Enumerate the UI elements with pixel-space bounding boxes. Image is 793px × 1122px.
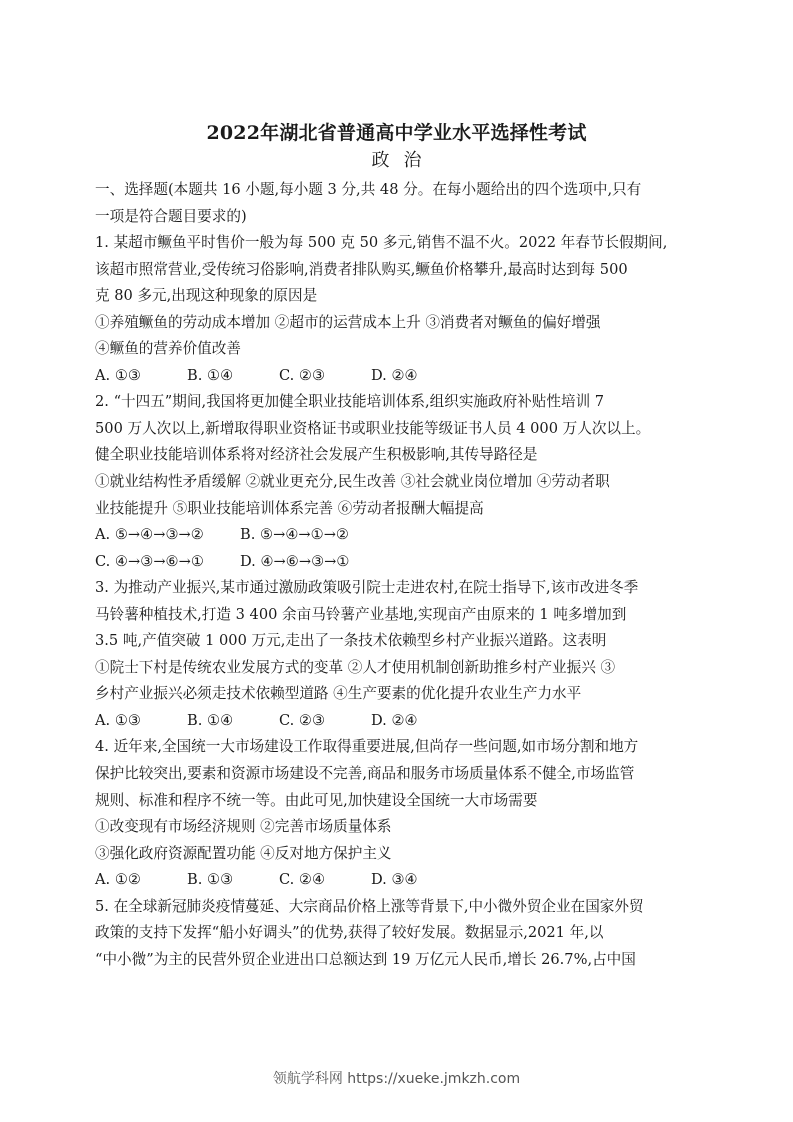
question-stem-line: 规则、标准和程序不统一等。由此可见,加快建设全国统一大市场需要 — [95, 788, 703, 815]
statement-line: ①院士下村是传统农业发展方式的变革 ②人才使用机制创新助推乡村产业振兴 ③ — [95, 655, 703, 682]
question-stem-line: 政策的支持下发挥“船小好调头”的优势,获得了较好发展。数据显示,2021 年,以 — [95, 920, 703, 947]
question-stem-line: 该超市照常营业,受传统习俗影响,消费者排队购买,鳜鱼价格攀升,最高时达到每 50… — [95, 257, 703, 284]
question-stem-line: 健全职业技能培训体系将对经济社会发展产生积极影响,其传导路径是 — [95, 442, 703, 469]
statement-line: ④鳜鱼的营养价值改善 — [95, 336, 703, 363]
section-heading-line: 一项是符合题目要求的) — [95, 204, 703, 231]
option-b: B. ①④ — [187, 708, 279, 735]
answer-options-row: A. ⑤→④→③→②B. ⑤→④→①→② — [95, 522, 703, 549]
question-stem-line: 4. 近年来,全国统一大市场建设工作取得重要进展,但尚存一些问题,如市场分割和地… — [95, 734, 703, 761]
question-stem-line: 克 80 多元,出现这种现象的原因是 — [95, 283, 703, 310]
answer-options: A. ①②B. ①③C. ②④D. ③④ — [95, 867, 703, 894]
option-a: A. ①② — [95, 867, 187, 894]
option-d: D. ③④ — [371, 867, 463, 894]
question-stem-line: 2. “十四五”期间,我国将更加健全职业技能培训体系,组织实施政府补贴性培训 7 — [95, 389, 703, 416]
question-5: 5. 在全球新冠肺炎疫情蔓延、大宗商品价格上涨等背景下,中小微外贸企业在国家外贸… — [95, 894, 703, 974]
option-c: C. ②③ — [279, 708, 371, 735]
statement-line: 业技能提升 ⑤职业技能培训体系完善 ⑥劳动者报酬大幅提高 — [95, 496, 703, 523]
statement-line: ③强化政府资源配置功能 ④反对地方保护主义 — [95, 841, 703, 868]
exam-content: 一、选择题(本题共 16 小题,每小题 3 分,共 48 分。在每小题给出的四个… — [95, 177, 703, 973]
question-stem-line: “中小微”为主的民营外贸企业进出口总额达到 19 万亿元人民币,增长 26.7%… — [95, 947, 703, 974]
exam-subject: 政治 — [0, 149, 793, 173]
statement-line: ①养殖鳜鱼的劳动成本增加 ②超市的运营成本上升 ③消费者对鳜鱼的偏好增强 — [95, 310, 703, 337]
question-stem-line: 500 万人次以上,新增取得职业资格证书或职业技能等级证书人员 4 000 万人… — [95, 416, 703, 443]
exam-title: 2022年湖北省普通高中学业水平选择性考试 — [0, 121, 793, 145]
option-b: B. ⑤→④→①→② — [240, 522, 385, 549]
statement-line: ①改变现有市场经济规则 ②完善市场质量体系 — [95, 814, 703, 841]
statement-line: ①就业结构性矛盾缓解 ②就业更充分,民生改善 ③社会就业岗位增加 ④劳动者职 — [95, 469, 703, 496]
option-b: B. ①④ — [187, 363, 279, 390]
question-stem-line: 3.5 吨,产值突破 1 000 万元,走出了一条技术依赖型乡村产业振兴道路。这… — [95, 628, 703, 655]
exam-page: 2022年湖北省普通高中学业水平选择性考试 政治 一、选择题(本题共 16 小题… — [0, 0, 793, 1122]
question-stem-line: 5. 在全球新冠肺炎疫情蔓延、大宗商品价格上涨等背景下,中小微外贸企业在国家外贸 — [95, 894, 703, 921]
question-2: 2. “十四五”期间,我国将更加健全职业技能培训体系,组织实施政府补贴性培训 7… — [95, 389, 703, 575]
option-d: D. ②④ — [371, 708, 463, 735]
answer-options: A. ①③B. ①④C. ②③D. ②④ — [95, 363, 703, 390]
question-stem-line: 3. 为推动产业振兴,某市通过激励政策吸引院士走进农村,在院士指导下,该市改进冬… — [95, 575, 703, 602]
option-a: A. ①③ — [95, 708, 187, 735]
option-a: A. ⑤→④→③→② — [95, 522, 240, 549]
statement-line: 乡村产业振兴必须走技术依赖型道路 ④生产要素的优化提升农业生产力水平 — [95, 681, 703, 708]
section-heading-line: 一、选择题(本题共 16 小题,每小题 3 分,共 48 分。在每小题给出的四个… — [95, 177, 703, 204]
watermark-footer: 领航学科网 https://xueke.jmkzh.com — [0, 1068, 793, 1088]
question-stem-line: 1. 某超市鳜鱼平时售价一般为每 500 克 50 多元,销售不温不火。2022… — [95, 230, 703, 257]
option-d: D. ④→⑥→③→① — [240, 549, 385, 576]
option-d: D. ②④ — [371, 363, 463, 390]
question-stem-line: 马铃薯种植技术,打造 3 400 余亩马铃薯产业基地,实现亩产由原来的 1 吨多… — [95, 602, 703, 629]
question-4: 4. 近年来,全国统一大市场建设工作取得重要进展,但尚存一些问题,如市场分割和地… — [95, 734, 703, 893]
question-3: 3. 为推动产业振兴,某市通过激励政策吸引院士走进农村,在院士指导下,该市改进冬… — [95, 575, 703, 734]
option-c: C. ②③ — [279, 363, 371, 390]
option-c: C. ②④ — [279, 867, 371, 894]
answer-options-row: C. ④→③→⑥→①D. ④→⑥→③→① — [95, 549, 703, 576]
option-a: A. ①③ — [95, 363, 187, 390]
answer-options: A. ①③B. ①④C. ②③D. ②④ — [95, 708, 703, 735]
question-1: 1. 某超市鳜鱼平时售价一般为每 500 克 50 多元,销售不温不火。2022… — [95, 230, 703, 389]
question-stem-line: 保护比较突出,要素和资源市场建设不完善,商品和服务市场质量体系不健全,市场监管 — [95, 761, 703, 788]
option-c: C. ④→③→⑥→① — [95, 549, 240, 576]
option-b: B. ①③ — [187, 867, 279, 894]
